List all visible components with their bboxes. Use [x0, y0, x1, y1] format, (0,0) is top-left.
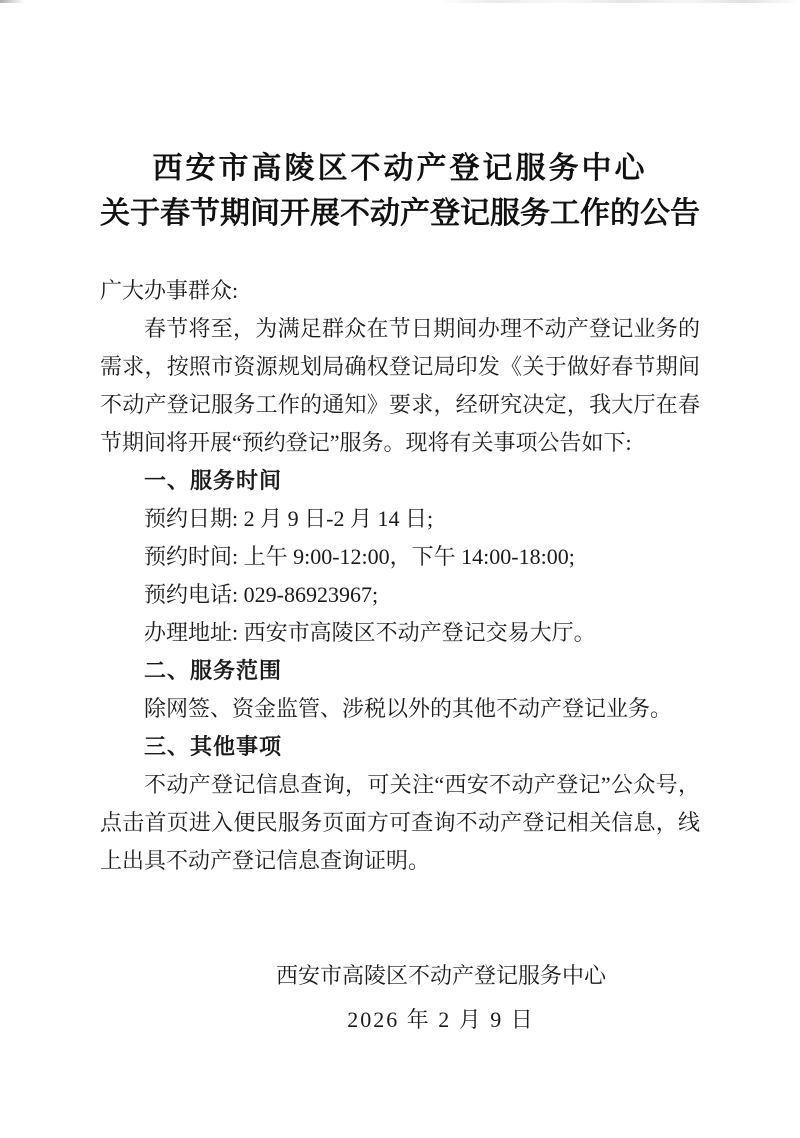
document-title-line-1: 西安市高陵区不动产登记服务中心	[50, 146, 750, 191]
section-service-scope-heading: 二、服务范围	[100, 652, 700, 690]
salutation: 广大办事群众:	[100, 272, 700, 310]
signature-block: 西安市高陵区不动产登记服务中心 2026 年 2 月 9 日	[276, 954, 606, 1042]
signature-organization: 西安市高陵区不动产登记服务中心	[276, 954, 606, 998]
service-scope-line: 除网签、资金监管、涉税以外的其他不动产登记业务。	[100, 690, 700, 728]
reservation-time-line: 预约时间: 上午 9:00-12:00，下午 14:00-18:00;	[100, 538, 700, 576]
section-service-time-heading: 一、服务时间	[100, 462, 700, 500]
service-address-line: 办理地址: 西安市高陵区不动产登记交易大厅。	[100, 614, 700, 652]
intro-paragraph: 春节将至，为满足群众在节日期间办理不动产登记业务的需求，按照市资源规划局确权登记…	[100, 310, 700, 462]
other-matters-paragraph: 不动产登记信息查询，可关注“西安不动产登记”公众号，点击首页进入便民服务页面方可…	[100, 766, 700, 880]
announcement-document-page: 西安市高陵区不动产登记服务中心 关于春节期间开展不动产登记服务工作的公告 广大办…	[0, 0, 800, 1138]
document-title-line-2: 关于春节期间开展不动产登记服务工作的公告	[50, 191, 750, 236]
document-title: 西安市高陵区不动产登记服务中心 关于春节期间开展不动产登记服务工作的公告	[50, 146, 750, 236]
scan-artifact-top-edge	[0, 0, 800, 3]
reservation-phone-line: 预约电话: 029-86923967;	[100, 576, 700, 614]
document-body: 广大办事群众: 春节将至，为满足群众在节日期间办理不动产登记业务的需求，按照市资…	[100, 272, 700, 880]
reservation-date-line: 预约日期: 2 月 9 日-2 月 14 日;	[100, 500, 700, 538]
section-other-matters-heading: 三、其他事项	[100, 728, 700, 766]
signature-date: 2026 年 2 月 9 日	[276, 998, 606, 1042]
